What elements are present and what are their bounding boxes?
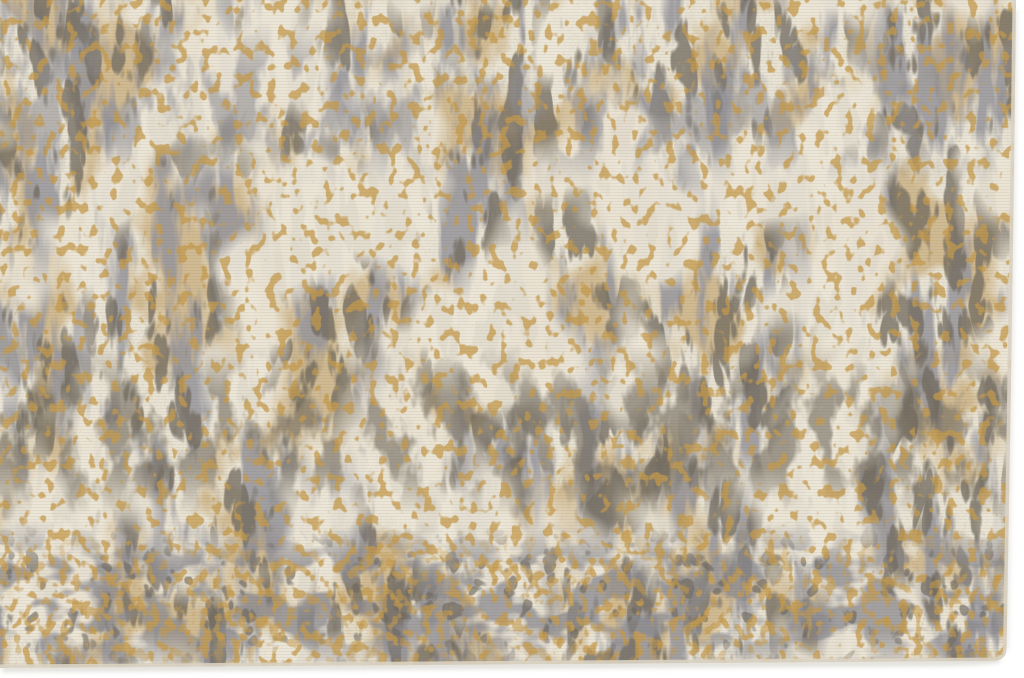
rug-product-photo	[0, 0, 1024, 678]
rug	[0, 0, 1024, 678]
rug-photo-canvas	[0, 0, 1024, 678]
rug-weft-texture	[0, 0, 1024, 678]
